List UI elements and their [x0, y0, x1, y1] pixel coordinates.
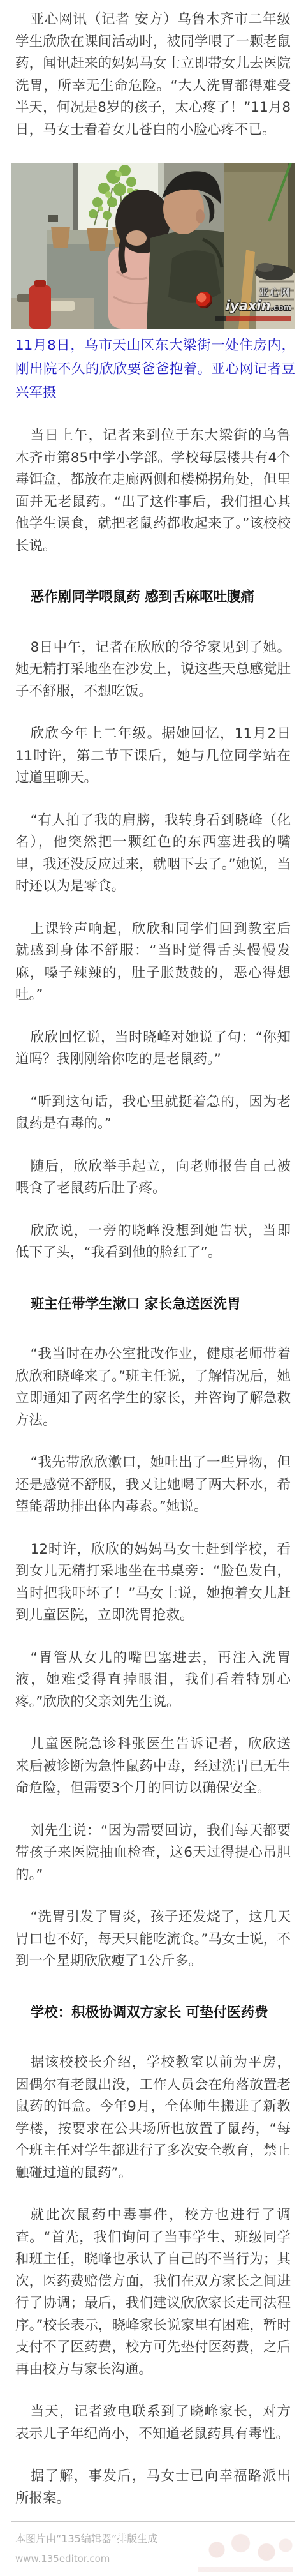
photo-watermark: 亚心网 iyaxin.com — [196, 285, 291, 321]
iyaxin-logo-icon — [196, 292, 212, 308]
watermark-ribbon — [215, 316, 291, 321]
footer-divider — [11, 2521, 295, 2522]
paragraph: 欣欣今年上二年级。据她回忆，11月2日11时许，第二节下课后，她与几位同学站在过… — [15, 723, 291, 790]
footer-credit: 本图片由“135编辑器”排版生成 — [11, 2531, 295, 2545]
paragraph: “胃管从女儿的嘴巴塞进去，再注入洗胃液，她难受得直掉眼泪，我们看着特别心疼。”欣… — [15, 1647, 291, 1714]
photo-caption: 11月8日，乌市天山区东大梁街一处住房内，刚出院不久的欣欣要爸爸抱着。亚心网记者… — [15, 334, 295, 405]
news-figure: 亚心网 iyaxin.com 11月8日，乌市天山区东大梁街一处住房内，刚出院不… — [11, 163, 295, 405]
paragraph: 上课铃声响起，欣欣和同学们回到教室后就感到身体不舒服：“当时觉得舌头慢慢发麻，嗓… — [15, 918, 291, 1007]
paragraph: “有人拍了我的肩膀，我转身看到晓峰（化名），他突然把一颗红色的东西塞进我的嘴里，… — [15, 810, 291, 898]
paragraph: 据该校校长介绍，学校教室以前为平房，因偶尔有老鼠出没，工作人员会在角落放置老鼠药… — [15, 2052, 291, 2184]
paragraph: 当天，记者致电联系到了晓峰家长，对方表示儿子年纪尚小，不知道老鼠药具有毒性。 — [15, 2401, 291, 2445]
watermark-domain: .com — [271, 303, 291, 312]
paragraph: “我先带欣欣漱口，她吐出了一些异物，但还是感觉不舒服，我又让她喝了两大杯水，希望… — [15, 1452, 291, 1518]
watermark-brand: 亚心网 — [259, 285, 291, 299]
paragraph: “听到这句话，我心里就挺着急的，因为老鼠药是有毒的。” — [15, 1091, 291, 1135]
paragraph: 据了解，事发后，马女士已向幸福路派出所报案。 — [15, 2466, 291, 2510]
paragraph: 欣欣回忆说，当时晓峰对她说了句：“你知道吗？我刚刚给你吃的是老鼠药。” — [15, 1027, 291, 1071]
section-heading-rinse: 班主任带学生漱口 家长急送医洗胃 — [15, 1294, 291, 1316]
section-heading-prank: 恶作剧同学喂鼠药 感到舌麻呕吐腹痛 — [15, 587, 291, 609]
lead-paragraph: 亚心网讯（记者 安方）乌鲁木齐市二年级学生欣欣在课间活动时，被同学喂了一颗老鼠药… — [15, 9, 291, 141]
paragraph: 就此次鼠药中毒事件，校方也进行了调查。“首先，我们询问了当事学生、班级同学和班主… — [15, 2205, 291, 2381]
paragraph: “洗胃引发了胃炎，孩子还发烧了，这几天胃口也不好，每天只能吃流食。”马女士说，不… — [15, 1906, 291, 1973]
paragraph: 刘先生说：“因为需要回访，我们每天都要带孩子来医院抽血检查，这6天过得提心吊胆的… — [15, 1820, 291, 1887]
section-heading-school: 学校：积极协调双方家长 可垫付医药费 — [15, 2002, 291, 2025]
page-footer: 本图片由“135编辑器”排版生成 www.135editor.com — [0, 2521, 306, 2565]
paragraph: 8日中午，记者在欣欣的爷爷家见到了她。她无精打采地坐在沙发上，说这些天总感觉肚子… — [15, 637, 291, 703]
paragraph: 儿童医院急诊科张医生告诉记者，欣欣送来后被诊断为急性鼠药中毒，经过洗胃已无生命危… — [15, 1734, 291, 1800]
watermark-site: iyaxin.com — [226, 299, 291, 315]
article-page: 亚心网讯（记者 安方）乌鲁木齐市二年级学生欣欣在课间活动时，被同学喂了一颗老鼠药… — [0, 0, 306, 2576]
paragraph: “我当时在办公室批改作业，健康老师带着欣欣和晓峰来了。”班主任说，了解情况后，她… — [15, 1344, 291, 1432]
article-body: 亚心网讯（记者 安方）乌鲁木齐市二年级学生欣欣在课间活动时，被同学喂了一颗老鼠药… — [0, 0, 306, 2510]
paragraph: 当日上午，记者来到位于东大梁街的乌鲁木齐市第85中学小学部。学校每层楼共有4个毒… — [15, 425, 291, 557]
paragraph: 随后，欣欣举手起立，向老师报告自己被喂食了老鼠药后肚子疼。 — [15, 1156, 291, 1200]
paragraph: 欣欣说，一旁的晓峰没想到她告状，当即低下了头，“我看到他的脸红了”。 — [15, 1220, 291, 1264]
paragraph: 12时许，欣欣的妈妈马女士赶到学校，看到女儿无精打采地坐在书桌旁：“脸色发白，当… — [15, 1539, 291, 1627]
news-photo: 亚心网 iyaxin.com — [11, 163, 295, 329]
footer-url: www.135editor.com — [11, 2553, 295, 2565]
